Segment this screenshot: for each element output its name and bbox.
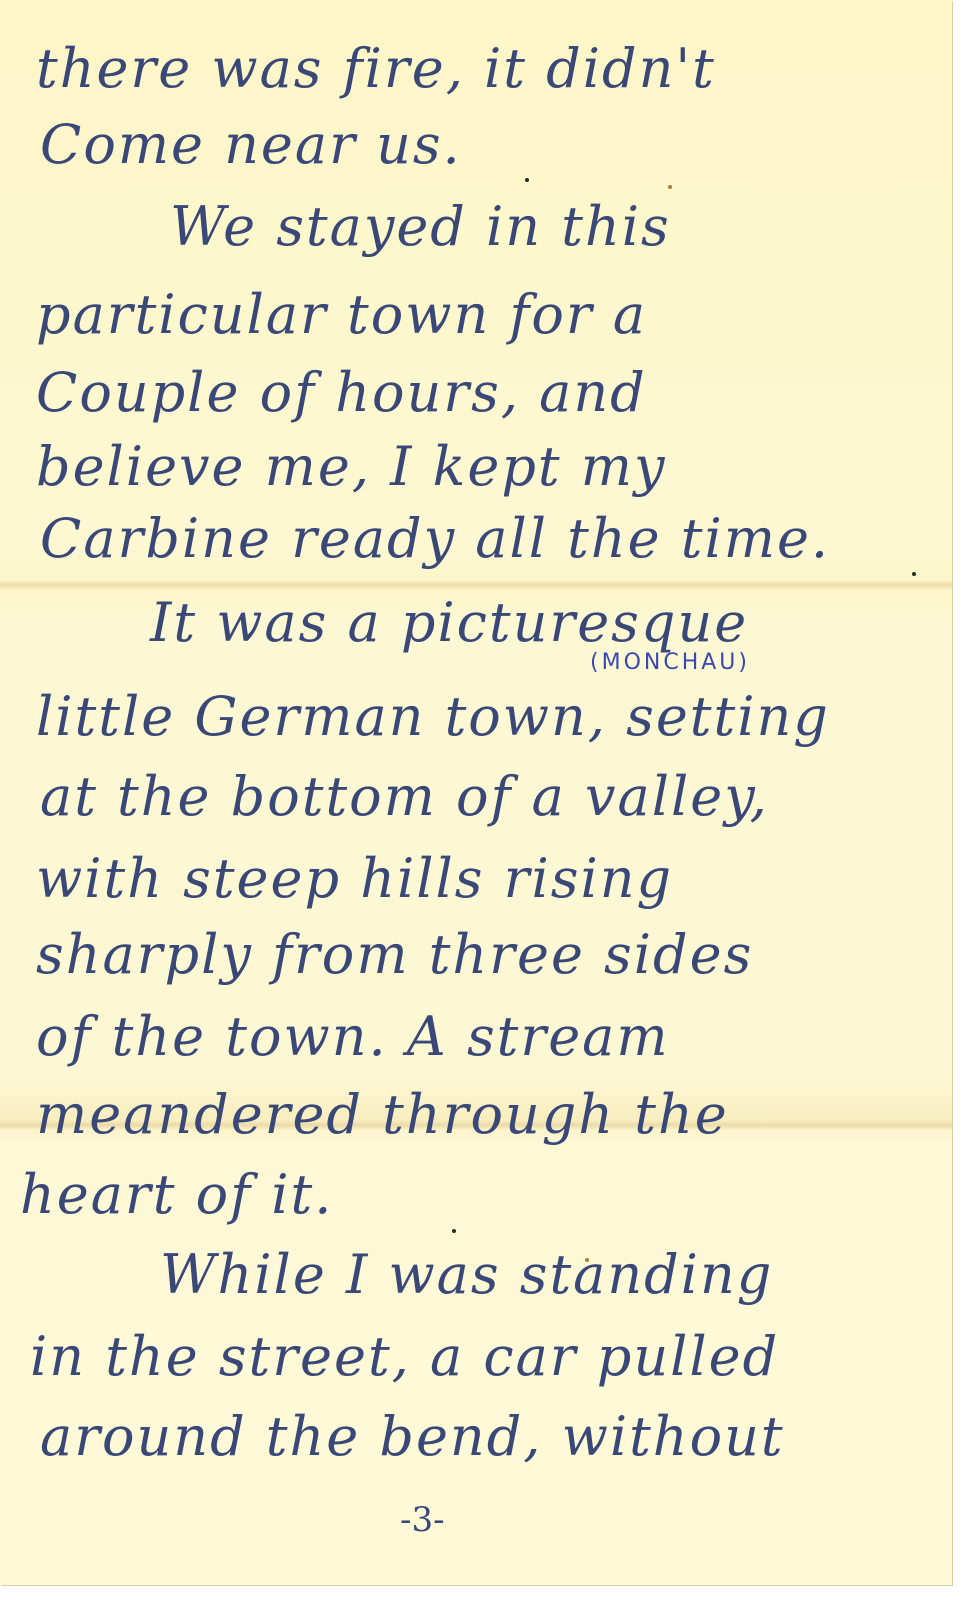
ink-speck — [912, 572, 916, 576]
letter-line: Carbine ready all the time. — [40, 512, 830, 566]
letter-line: It was a picturesque — [150, 596, 748, 650]
letter-line: heart of it. — [20, 1168, 333, 1222]
letter-line: Come near us. — [40, 118, 462, 172]
letter-line: at the bottom of a valley, — [40, 770, 769, 824]
letter-line: We stayed in this — [170, 200, 671, 254]
letter-line: of the town. A stream — [36, 1010, 670, 1064]
letter-line: While I was standing — [160, 1248, 773, 1302]
letter-line: there was fire, it didn't — [36, 42, 716, 96]
letter-line: particular town for a — [36, 288, 647, 342]
letter-line: believe me, I kept my — [36, 440, 666, 494]
letter-line: Couple of hours, and — [36, 366, 647, 420]
stain-speck — [668, 185, 672, 189]
handwritten-annotation: (MONCHAU) — [590, 650, 750, 675]
letter-line: sharply from three sides — [36, 928, 753, 982]
letter-line: in the street, a car pulled — [30, 1330, 779, 1384]
letter-line: around the bend, without — [40, 1410, 785, 1464]
letter-line: little German town, setting — [36, 690, 830, 744]
fold-crease — [0, 580, 952, 590]
ink-speck — [525, 178, 529, 182]
letter-line: with steep hills rising — [36, 852, 673, 906]
ink-speck — [452, 1229, 456, 1233]
page-number: -3- — [400, 1500, 445, 1540]
stain-speck — [585, 1258, 589, 1262]
letter-page: there was fire, it didn't Come near us. … — [0, 0, 952, 1585]
letter-line: meandered through the — [36, 1088, 729, 1142]
